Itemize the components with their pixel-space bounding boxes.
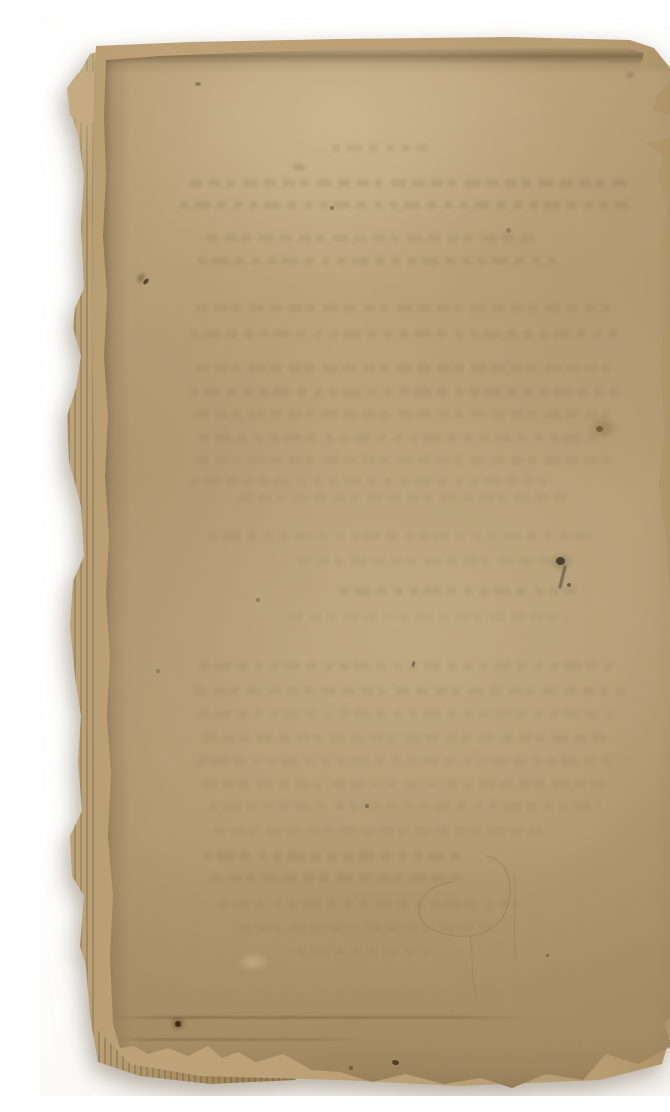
top-leaf-page	[40, 16, 670, 1096]
stain-speck	[76, 161, 80, 167]
pencil-scribble	[40, 16, 670, 1096]
pamphlet-photo: aged blank paper page with torn edges, s…	[40, 16, 670, 1096]
bottom-crease-line	[110, 1016, 530, 1019]
pamphlet-stack	[40, 16, 670, 1096]
bottom-crease-line-2	[116, 1038, 366, 1041]
